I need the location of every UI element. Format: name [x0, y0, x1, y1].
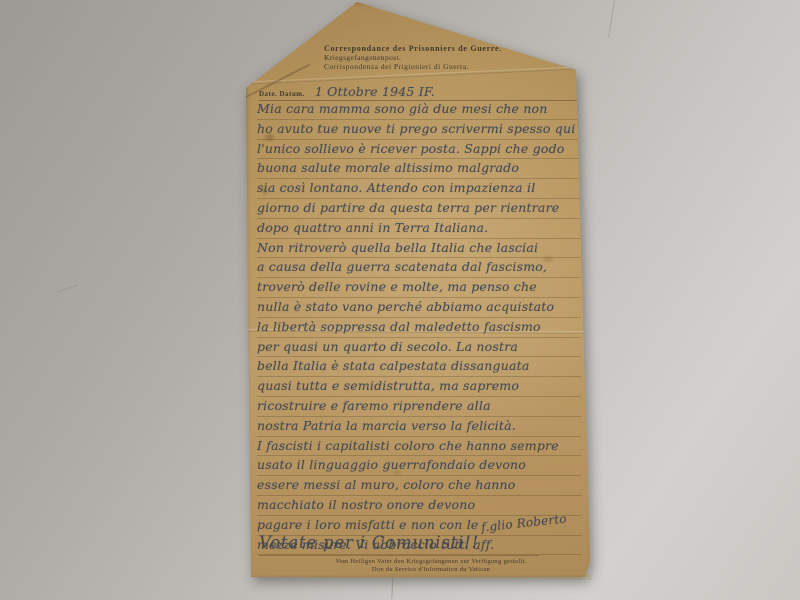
handwritten-line: giorno di partire da questa terra per ri… — [257, 199, 581, 219]
handwritten-line: dopo quattro anni in Terra Italiana. — [257, 219, 581, 239]
handwritten-line: l'unico sollievo è ricever posta. Sappi … — [257, 140, 581, 160]
printed-header: Correspondance des Prisonniers de Guerre… — [324, 44, 574, 71]
handwritten-line: troverò delle rovine e molte, ma penso c… — [257, 278, 581, 298]
date-line: Date. Datum.1 Ottobre 1945 IF. — [259, 83, 579, 101]
footer-line-french: Don du Service d'Information du Vatican — [281, 566, 581, 574]
handwritten-line: nostra Patria la marcia verso la felicit… — [257, 417, 581, 437]
handwritten-line: buona salute morale altissimo malgrado — [257, 159, 581, 179]
handwritten-line: ricostruire e faremo riprendere alla — [257, 397, 581, 417]
handwritten-line: I fascisti i capitalisti coloro che hann… — [257, 437, 581, 457]
footer-line-german: Vom Heiligen Vater den Kriegsgefangenen … — [281, 558, 581, 566]
photograph-background: Correspondance des Prisonniers de Guerre… — [0, 0, 800, 600]
printed-footer: Vom Heiligen Vater den Kriegsgefangenen … — [281, 558, 581, 573]
handwritten-line: a causa della guerra scatenata dal fasci… — [257, 258, 581, 278]
date-label: Date. Datum. — [259, 90, 305, 98]
handwritten-line: ho avuto tue nuove ti prego scrivermi sp… — [257, 120, 581, 140]
header-line-italian: Corrispondenza dei Prigionieri di Guerra… — [324, 62, 574, 71]
header-line-german: Kriegsgefangenenpost. — [324, 53, 574, 62]
date-value-handwritten: 1 Ottobre 1945 IF. — [315, 84, 435, 99]
handwritten-line: Non ritroverò quella bella Italia che la… — [257, 239, 581, 259]
handwritten-line: usato il linguaggio guerrafondaio devono — [257, 456, 581, 476]
photo-scratch — [608, 0, 615, 38]
handwritten-line: la libertà soppressa dal maledetto fasci… — [257, 318, 581, 338]
handwritten-line: nulla è stato vano perché abbiamo acquis… — [257, 298, 581, 318]
handwritten-line: per quasi un quarto di secolo. La nostra — [257, 338, 581, 358]
photo-scratch — [57, 285, 78, 293]
closing-slogan-handwritten: Votate per i Comunisti!! — [259, 532, 539, 556]
handwritten-line: sia così lontano. Attendo con impazienza… — [257, 179, 581, 199]
handwritten-line: quasi tutta e semidistrutta, ma sapremo — [257, 377, 581, 397]
handwritten-line: bella Italia è stata calpestata dissangu… — [257, 357, 581, 377]
header-line-french: Correspondance des Prisonniers de Guerre… — [324, 44, 574, 53]
handwritten-line: macchiato il nostro onore devono — [257, 496, 581, 516]
letter-wrapper: Correspondance des Prisonniers de Guerre… — [243, 0, 595, 580]
handwritten-body: Mia cara mamma sono già due mesi che non… — [257, 100, 581, 555]
pow-letter-sheet: Correspondance des Prisonniers de Guerre… — [243, 0, 595, 580]
handwritten-line: Mia cara mamma sono già due mesi che non — [257, 100, 581, 120]
handwritten-line: essere messi al muro, coloro che hanno — [257, 476, 581, 496]
